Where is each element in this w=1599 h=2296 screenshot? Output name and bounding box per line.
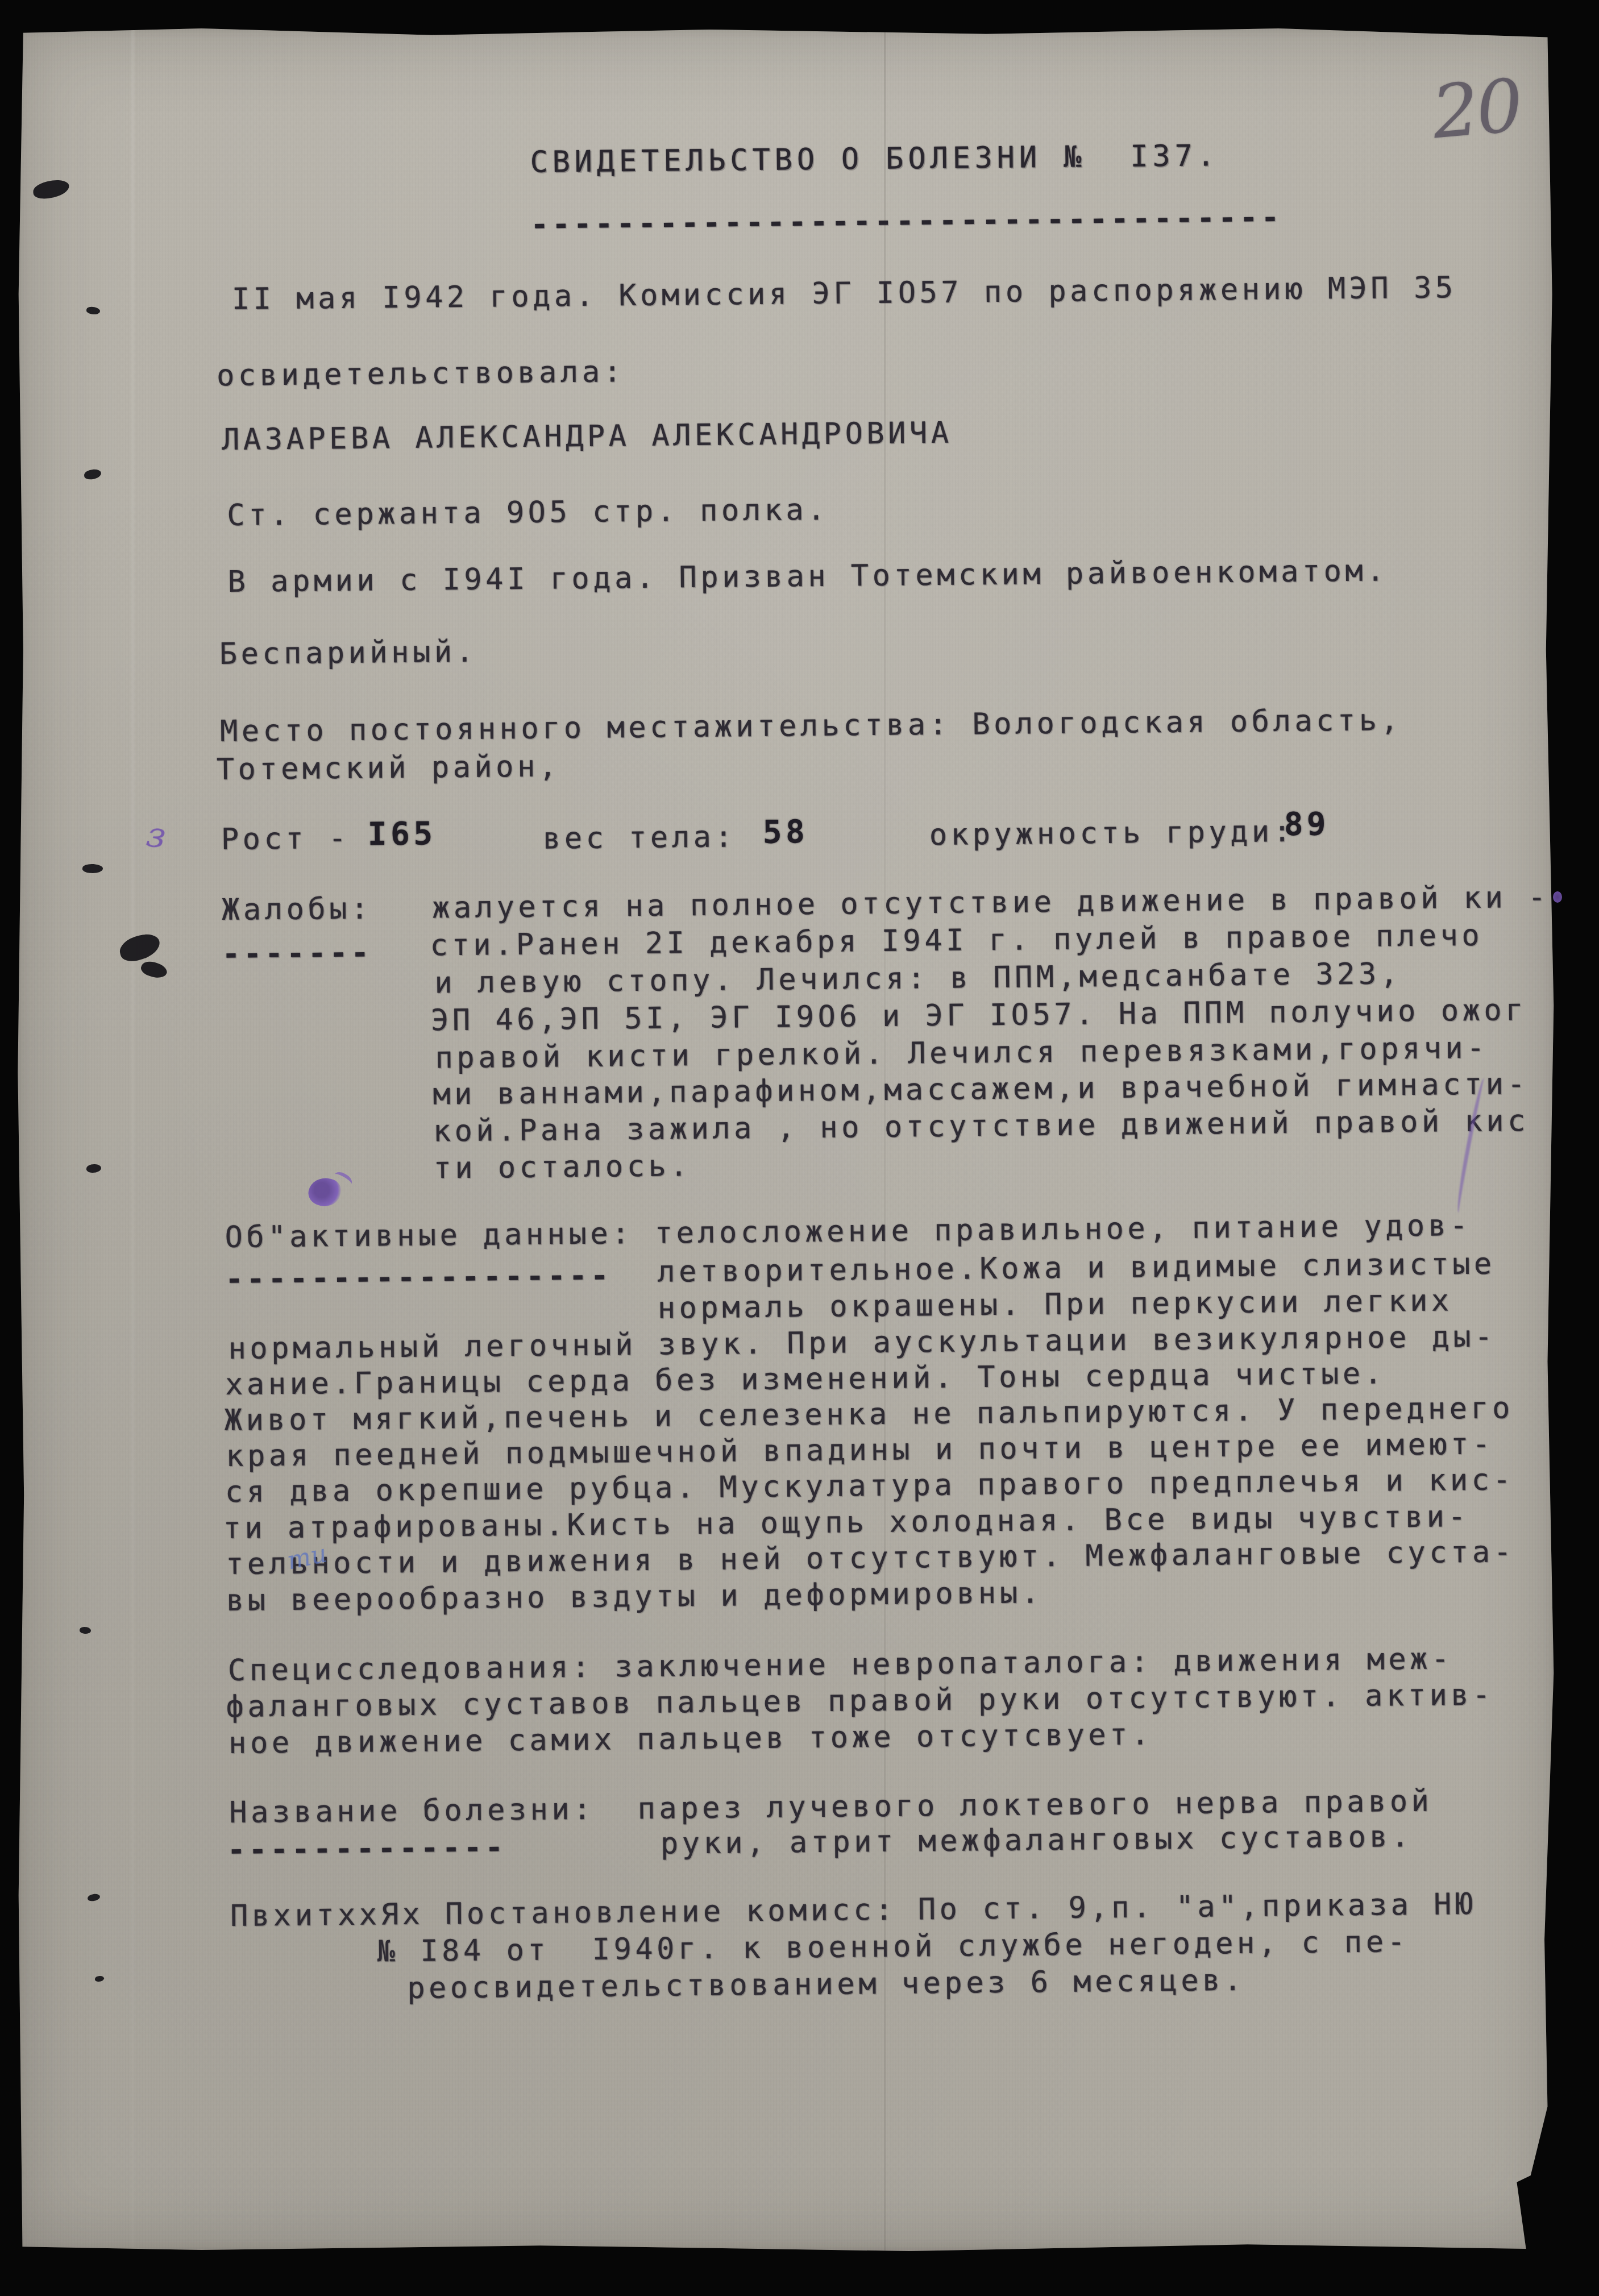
diagnosis-line-2: руки, атрит межфаланговых суставов.	[661, 1820, 1413, 1861]
complaints-line-2: сти.Ранен 2I декабря I94I г. пулей в пра…	[430, 919, 1483, 962]
patient-name: ЛАЗАРЕВА АЛЕКСАНДРА АЛЕКСАНДРОВИЧА	[222, 417, 953, 457]
objective-line-3: нормаль окрашены. При перкусии легких	[658, 1284, 1453, 1325]
complaints-line-1: жалуется на полное отсутствие движение в…	[432, 881, 1550, 925]
examined-line: освидетельствовала:	[217, 355, 625, 392]
service-line: В армии с I94I года. Призван Тотемским р…	[227, 554, 1388, 599]
weight-label: вес тела:	[543, 820, 737, 855]
scanned-document-page: СВИДЕТЕЛЬСТВО О БОЛЕЗНИ № I37.----------…	[0, 0, 1599, 2296]
weight-value: 58	[763, 815, 809, 850]
residence-line-1: Место постоянного местажительства: Волог…	[220, 704, 1402, 748]
height-value: I65	[368, 816, 437, 853]
complaints-label: Жалобы:	[222, 892, 372, 927]
complaints-line-8: ти осталось.	[433, 1149, 691, 1185]
height-label: Рост -	[221, 822, 350, 856]
resolution-line-2: № I84 от I940г. к военной службе негоден…	[377, 1925, 1409, 1969]
residence-line-2: Тотемский район,	[216, 750, 560, 786]
diagnosis-underline: -------------	[227, 1831, 507, 1867]
complaints-underline: -------	[222, 937, 373, 971]
complaints-line-4: ЭП 46,ЭП 5I, ЭГ I9О6 и ЭГ IО57. На ППМ п…	[431, 994, 1527, 1037]
special-exam-line-3: ное движение самих пальцев тоже отсутсву…	[229, 1718, 1153, 1760]
rank-unit-line: Ст. сержанта 9О5 стр. полка.	[227, 493, 829, 532]
objective-line-2: летворительное.Кожа и видимые слизистые	[657, 1248, 1496, 1289]
complaints-line-7: кой.Рана зажила , но отсутствие движений…	[433, 1105, 1530, 1148]
objective-line-1: Об"активные данные: телосложение правиль…	[225, 1209, 1471, 1254]
document-title: СВИДЕТЕЛЬСТВО О БОЛЕЗНИ № I37.	[530, 139, 1219, 179]
title-underline: -----------------------------------	[530, 201, 1283, 242]
resolution-line-3: реосвидетельствованием через 6 месяцев.	[407, 1964, 1245, 2005]
complaints-line-5: правой кисти грелкой. Лечился перевязкам…	[435, 1032, 1488, 1075]
complaints-line-3: и левую стопу. Лечился: в ППМ,медсанбате…	[434, 957, 1402, 1000]
objective-line-11: вы веерообразно вздуты и деформировны.	[226, 1576, 1043, 1617]
chest-label: окружность груди:	[929, 815, 1295, 852]
chest-value: 89	[1284, 807, 1330, 842]
typed-text-layer: СВИДЕТЕЛЬСТВО О БОЛЕЗНИ № I37.----------…	[0, 0, 1599, 2296]
complaints-line-6: ми ваннами,парафином,массажем,и врачебно…	[433, 1068, 1529, 1111]
objective-underline: ------------------	[225, 1260, 612, 1297]
date-commission-line: II мая I942 года. Комиссия ЭГ IО57 по ра…	[232, 271, 1457, 316]
party-status-line: Беспарийный.	[219, 636, 477, 671]
